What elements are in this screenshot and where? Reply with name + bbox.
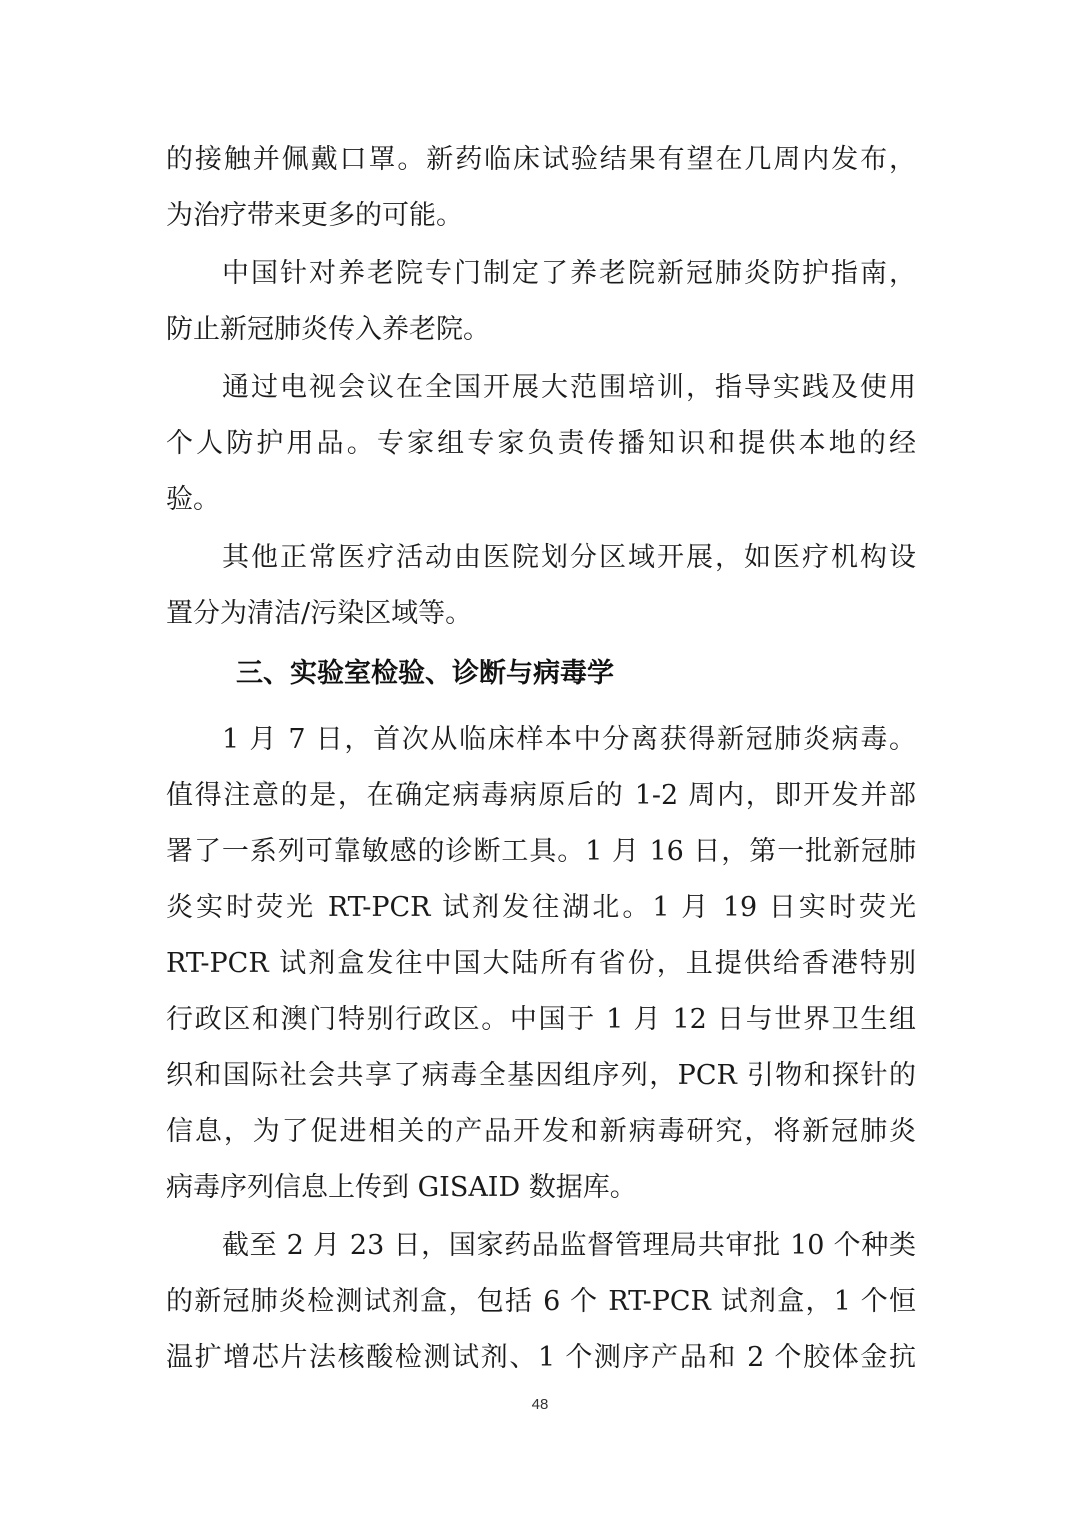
paragraph-1-line-2: 为治疗带来更多的可能。: [166, 198, 916, 234]
section-paragraph-1-line-3: 署了一系列可靠敏感的诊断工具。1 月 16 日，第一批新冠肺: [166, 834, 916, 870]
paragraph-2-line-2: 防止新冠肺炎传入养老院。: [166, 312, 916, 348]
section-paragraph-1-line-6: 行政区和澳门特别行政区。中国于 1 月 12 日与世界卫生组: [166, 1002, 916, 1038]
section-paragraph-2-line-2: 的新冠肺炎检测试剂盒，包括 6 个 RT-PCR 试剂盒，1 个恒: [166, 1284, 916, 1320]
paragraph-2-line-1: 中国针对养老院专门制定了养老院新冠肺炎防护指南，: [222, 256, 916, 292]
section-heading: 三、实验室检验、诊断与病毒学: [236, 656, 614, 692]
section-paragraph-1-line-5: RT-PCR 试剂盒发往中国大陆所有省份，且提供给香港特别: [166, 946, 916, 982]
section-paragraph-1-line-4: 炎实时荧光 RT-PCR 试剂发往湖北。1 月 19 日实时荧光: [166, 890, 916, 926]
section-paragraph-2-line-1: 截至 2 月 23 日，国家药品监督管理局共审批 10 个种类: [222, 1228, 916, 1264]
paragraph-4-line-2: 置分为清洁/污染区域等。: [166, 596, 916, 632]
paragraph-1-line-1: 的接触并佩戴口罩。新药临床试验结果有望在几周内发布，: [166, 142, 916, 178]
paragraph-3-line-2: 个人防护用品。专家组专家负责传播知识和提供本地的经: [166, 426, 916, 462]
section-paragraph-1-line-7: 织和国际社会共享了病毒全基因组序列，PCR 引物和探针的: [166, 1058, 916, 1094]
document-page: 的接触并佩戴口罩。新药临床试验结果有望在几周内发布， 为治疗带来更多的可能。 中…: [0, 0, 1080, 1527]
paragraph-3-line-1: 通过电视会议在全国开展大范围培训，指导实践及使用: [222, 370, 916, 406]
paragraph-3-line-3: 验。: [166, 482, 916, 518]
page-number: 48: [0, 1396, 1080, 1413]
paragraph-4-line-1: 其他正常医疗活动由医院划分区域开展，如医疗机构设: [222, 540, 916, 576]
section-paragraph-1-line-1: 1 月 7 日，首次从临床样本中分离获得新冠肺炎病毒。: [222, 722, 916, 758]
section-paragraph-1-line-8: 信息，为了促进相关的产品开发和新病毒研究，将新冠肺炎: [166, 1114, 916, 1150]
section-paragraph-1-line-2: 值得注意的是，在确定病毒病原后的 1-2 周内，即开发并部: [166, 778, 916, 814]
section-paragraph-1-line-9: 病毒序列信息上传到 GISAID 数据库。: [166, 1170, 916, 1206]
section-paragraph-2-line-3: 温扩增芯片法核酸检测试剂、1 个测序产品和 2 个胶体金抗: [166, 1340, 916, 1376]
